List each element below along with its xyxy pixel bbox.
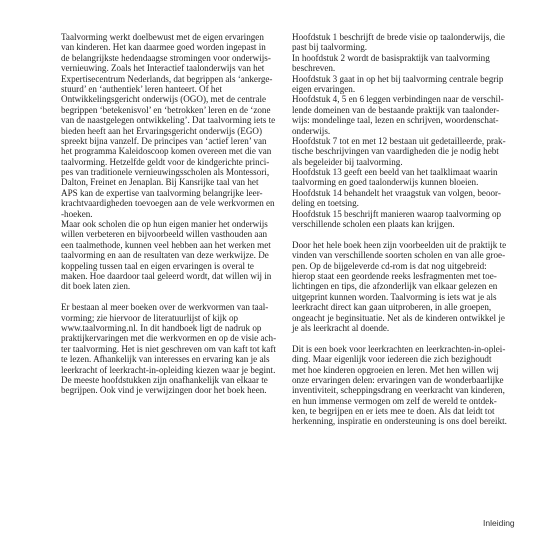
book-page: Taalvorming werkt doelbewust met de eige… [0, 0, 550, 550]
text-line: als begeleider bij taalvorming. [292, 157, 516, 167]
text-line: en hun immense vermogen om zelf de werel… [292, 396, 516, 406]
running-footer-section-label: Inleiding [483, 518, 515, 528]
text-line: te lezen. Afhankelijk van interesses en … [61, 354, 283, 364]
text-line: bieden heeft aan het Ervaringsgericht on… [61, 126, 283, 136]
text-line: dit boek laten zien. [61, 281, 283, 291]
text-line: Hoofdstuk 1 beschrijft de brede visie op… [292, 32, 516, 42]
text-line: deling en toetsing. [292, 198, 516, 208]
text-line: ken, te begrijpen en er iets mee te doen… [292, 406, 516, 416]
text-line: lende domeinen van de bestaande praktijk… [292, 105, 516, 115]
text-line: Ontwikkelingsgericht onderwijs (OGO), me… [61, 94, 283, 104]
text-line: vernieuwing. Zoals het Interactief taalo… [61, 63, 283, 73]
text-line: tische beschrijvingen van vaardigheden d… [292, 146, 516, 156]
text-line: het programma Kaleidoscoop komen overeen… [61, 146, 283, 156]
text-line: vinden van verschillende soorten scholen… [292, 250, 516, 260]
text-line: ter taalvorming. Het is niet geschreven … [61, 344, 283, 354]
text-line: taalvorming. Hetzelfde geldt voor de kin… [61, 157, 283, 167]
paragraph-spacer [61, 292, 283, 302]
paragraph-spacer [292, 229, 516, 239]
text-line: Hoofdstuk 7 tot en met 12 bestaan uit ge… [292, 136, 516, 146]
text-line: willen verbeteren en bijvoorbeeld willen… [61, 229, 283, 239]
text-line: je als leerkracht al doende. [292, 323, 516, 333]
text-line: Dalton, Freinet en Jenaplan. Bij Kansrij… [61, 177, 283, 187]
text-line: leerkracht of leerkracht-in-opleiding ki… [61, 365, 283, 375]
text-line: Taalvorming werkt doelbewust met de eige… [61, 32, 283, 42]
left-text-column: Taalvorming werkt doelbewust met de eige… [61, 32, 283, 396]
text-line: Hoofdstuk 14 behandelt het vraagstuk van… [292, 188, 516, 198]
text-line: de belangrijkste hedendaagse stromingen … [61, 53, 283, 63]
text-line: stuurd’ en ‘authentiek’ leren hanteert. … [61, 84, 283, 94]
text-line: krachtvaardigheden toevoegen aan de vele… [61, 198, 283, 208]
text-line: maken. Hoe daardoor taal geleerd wordt, … [61, 271, 283, 281]
text-line: Er bestaan al meer boeken over de werkvo… [61, 302, 283, 312]
text-line: Maar ook scholen die op hun eigen manier… [61, 219, 283, 229]
text-line: van de naastgelegen ontwikkeling’. Dat t… [61, 115, 283, 125]
text-line: lichtingen en tips, die afzonderlijk van… [292, 281, 516, 291]
text-line: spreekt bijna vanzelf. De principes van … [61, 136, 283, 146]
text-line: koppeling tussen taal en eigen ervaringe… [61, 261, 283, 271]
text-line: beschreven. [292, 63, 516, 73]
text-line: -hoeken. [61, 209, 283, 219]
text-line: taalvorming en aan de resultaten van dez… [61, 250, 283, 260]
paragraph: Dit is een boek voor leerkrachten en lee… [292, 344, 516, 427]
text-line: een taalmethode, kunnen veel hebben aan … [61, 240, 283, 250]
text-line: ongeacht je beginsituatie. Net als de ki… [292, 313, 516, 323]
text-line: Dit is een boek voor leerkrachten en lee… [292, 344, 516, 354]
paragraph-spacer [292, 333, 516, 343]
text-line: van kinderen. Het kan daarmee goed worde… [61, 42, 283, 52]
text-line: APS kan de expertise van taalvorming bel… [61, 188, 283, 198]
text-line: ding. Maar eigenlijk voor iedereen die z… [292, 354, 516, 364]
text-line: pes van traditionele vernieuwingsscholen… [61, 167, 283, 177]
text-line: praktijkervaringen met die werkvormen en… [61, 333, 283, 343]
text-line: inventiviteit, scheppingsdrang en veerkr… [292, 385, 516, 395]
text-line: taalvorming en goed taalonderwijs kunnen… [292, 177, 516, 187]
text-line: leerkracht direct kan gaan uitproberen, … [292, 302, 516, 312]
text-line: In hoofdstuk 2 wordt de basispraktijk va… [292, 53, 516, 63]
text-line: Hoofdstuk 13 geeft een beeld van het taa… [292, 167, 516, 177]
paragraph: Hoofdstuk 1 beschrijft de brede visie op… [292, 32, 516, 229]
text-line: Hoofdstuk 3 gaat in op het bij taalvormi… [292, 74, 516, 84]
text-line: herkenning, inspiratie en ondersteuning … [292, 416, 516, 426]
text-line: pen. Op de bijgeleverde cd-rom is dat no… [292, 261, 516, 271]
right-text-column: Hoofdstuk 1 beschrijft de brede visie op… [292, 32, 516, 427]
text-line: onderwijs. [292, 126, 516, 136]
text-line: verschillende scholen een plaats kan kri… [292, 219, 516, 229]
text-line: www.taalvorming.nl. In dit handboek ligt… [61, 323, 283, 333]
text-line: uitgeprint kunnen worden. Taalvorming is… [292, 292, 516, 302]
text-line: Door het hele boek heen zijn voorbeelden… [292, 240, 516, 250]
paragraph: Er bestaan al meer boeken over de werkvo… [61, 302, 283, 396]
text-line: Hoofdstuk 4, 5 en 6 leggen verbindingen … [292, 94, 516, 104]
paragraph: Door het hele boek heen zijn voorbeelden… [292, 240, 516, 334]
text-line: past bij taalvorming. [292, 42, 516, 52]
text-line: Hoofdstuk 15 beschrijft manieren waarop … [292, 209, 516, 219]
text-line: Expertisecentrum Nederlands, dat begripp… [61, 74, 283, 84]
paragraph: Taalvorming werkt doelbewust met de eige… [61, 32, 283, 292]
text-line: wijs: mondelinge taal, lezen en schrijve… [292, 115, 516, 125]
text-line: met hoe kinderen opgroeien en leren. Met… [292, 365, 516, 375]
text-line: eigen ervaringen. [292, 84, 516, 94]
text-line: De meeste hoofdstukken zijn onafhankelij… [61, 375, 283, 385]
text-line: vorming; zie hiervoor de literatuurlijst… [61, 313, 283, 323]
text-line: begrijpen. Ook vind je verwijzingen door… [61, 385, 283, 395]
text-line: onze ervaringen delen: ervaringen van de… [292, 375, 516, 385]
text-line: hierop staat een geordende reeks lesfrag… [292, 271, 516, 281]
text-line: begrippen ‘betekenisvol’ en ‘betrokken’ … [61, 105, 283, 115]
